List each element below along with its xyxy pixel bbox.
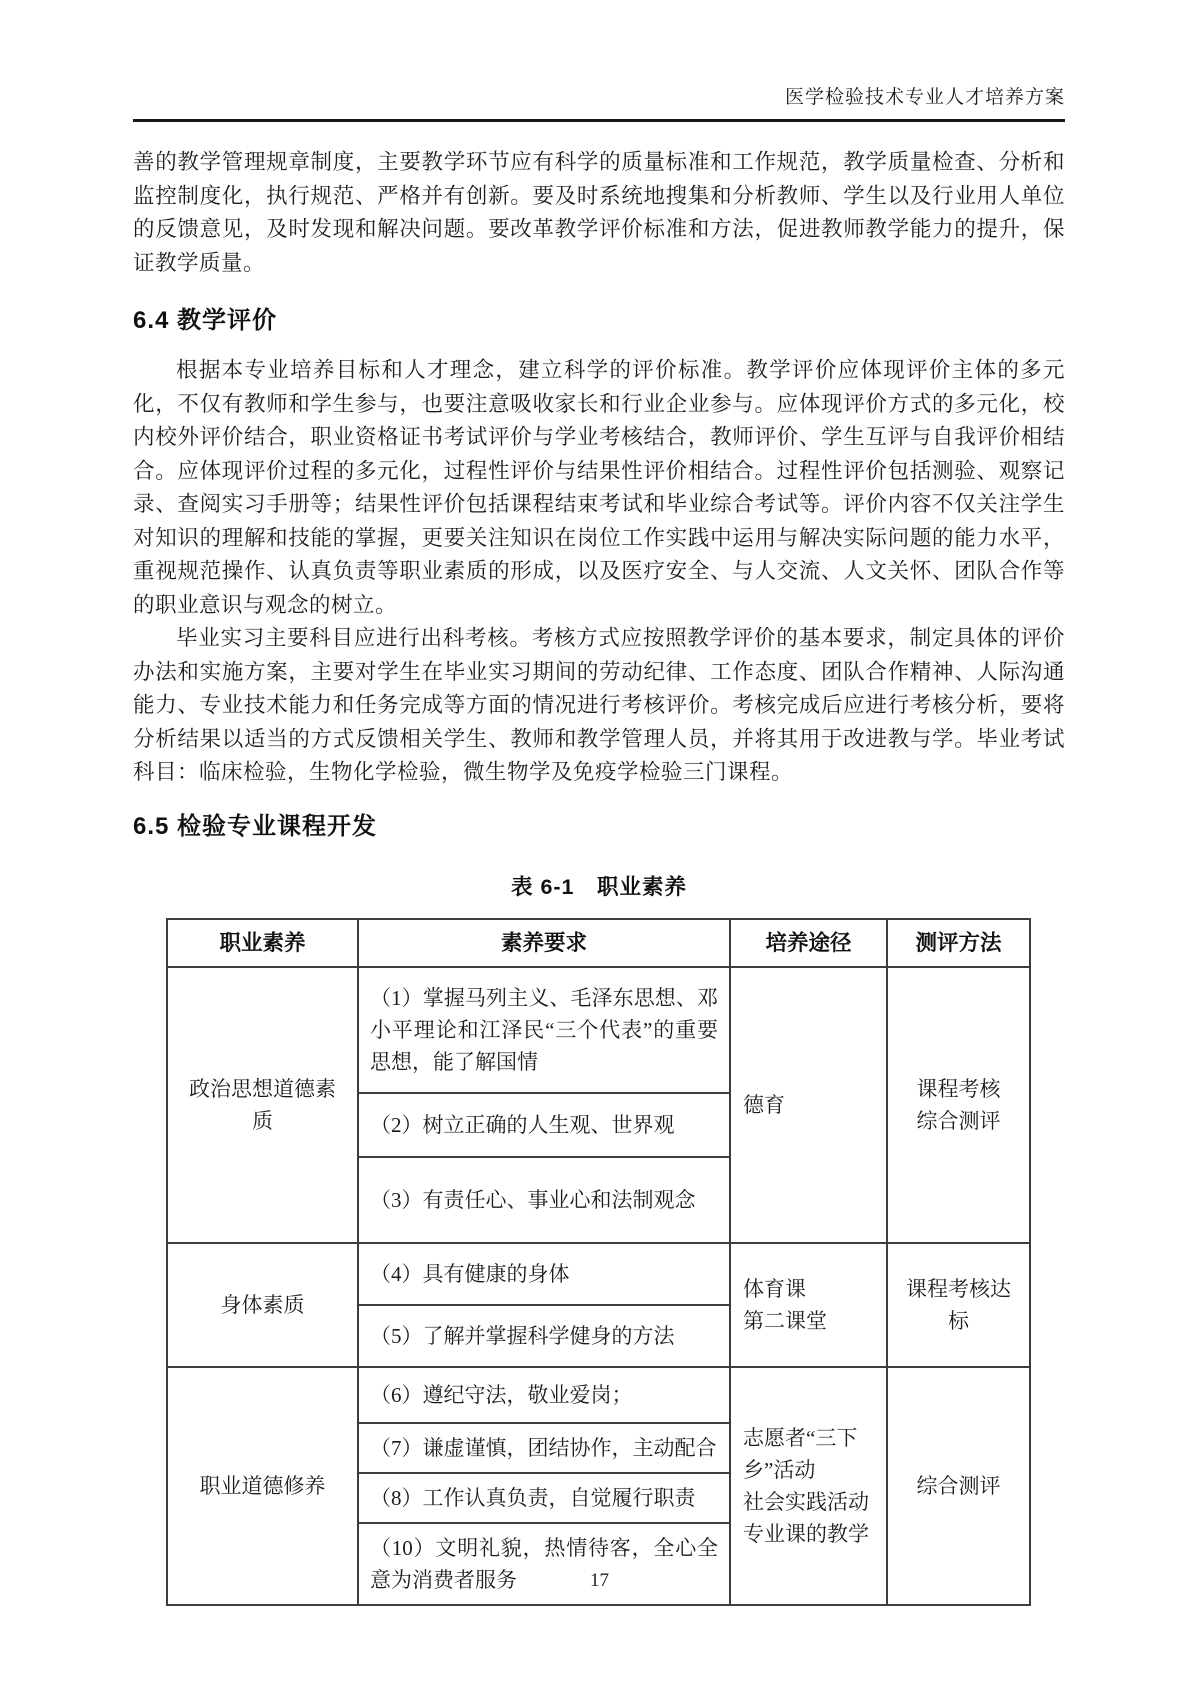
heading-6-5: 6.5 检验专业课程开发	[133, 811, 1065, 843]
cell-requirement-4: （4）具有健康的身体	[358, 1243, 730, 1305]
cell-requirement-3: （3）有责任心、事业心和法制观念	[358, 1157, 730, 1243]
paragraph-graduation-exam: 毕业实习主要科目应进行出科考核。考核方式应按照教学评价的基本要求，制定具体的评价…	[133, 622, 1065, 790]
col-header-quality: 职业素养	[167, 919, 358, 967]
cell-pathway-moral: 德育	[730, 967, 887, 1243]
table-caption: 表 6-1 职业素养	[133, 870, 1065, 901]
col-header-pathway: 培养途径	[730, 919, 887, 967]
document-page: 医学检验技术专业人才培养方案 善的教学管理规章制度，主要教学环节应有科学的质量标…	[0, 0, 1199, 1696]
cell-pathway-pe: 体育课 第二课堂	[730, 1243, 887, 1367]
cell-assessment-course: 课程考核 综合测评	[887, 967, 1030, 1243]
cell-quality-physical: 身体素质	[167, 1243, 358, 1367]
cell-assessment-comprehensive: 综合测评	[887, 1367, 1030, 1605]
col-header-requirement: 素养要求	[358, 919, 730, 967]
cell-quality-political: 政治思想道德素质	[167, 967, 358, 1243]
paragraph-continuation: 善的教学管理规章制度，主要教学环节应有科学的质量标准和工作规范，教学质量检查、分…	[133, 146, 1065, 280]
paragraph-evaluation: 根据本专业培养目标和人才理念，建立科学的评价标准。教学评价应体现评价主体的多元化…	[133, 354, 1065, 622]
page-number: 17	[0, 1570, 1199, 1592]
cell-requirement-6: （6）遵纪守法，敬业爱岗；	[358, 1367, 730, 1423]
cell-requirement-7: （7）谦虚谨慎，团结协作，主动配合	[358, 1423, 730, 1473]
table-row: 政治思想道德素质 （1）掌握马列主义、毛泽东思想、邓小平理论和江泽民“三个代表”…	[167, 967, 1030, 1093]
table-row: 职业道德修养 （6）遵纪守法，敬业爱岗； 志愿者“三下 乡”活动 社会实践活动 …	[167, 1367, 1030, 1423]
table-row: 身体素质 （4）具有健康的身体 体育课 第二课堂 课程考核达标	[167, 1243, 1030, 1305]
heading-6-4: 6.4 教学评价	[133, 305, 1065, 337]
cell-requirement-1: （1）掌握马列主义、毛泽东思想、邓小平理论和江泽民“三个代表”的重要思想，能了解…	[358, 967, 730, 1093]
section-6-4-body: 根据本专业培养目标和人才理念，建立科学的评价标准。教学评价应体现评价主体的多元化…	[133, 354, 1065, 790]
cell-requirement-10: （10）文明礼貌，热情待客，全心全意为消费者服务	[358, 1523, 730, 1605]
page-content: 医学检验技术专业人才培养方案 善的教学管理规章制度，主要教学环节应有科学的质量标…	[0, 0, 1199, 1606]
cell-requirement-2: （2）树立正确的人生观、世界观	[358, 1093, 730, 1157]
professional-quality-table: 职业素养 素养要求 培养途径 测评方法 政治思想道德素质 （1）掌握马列主义、毛…	[166, 918, 1031, 1606]
cell-quality-ethics: 职业道德修养	[167, 1367, 358, 1605]
header-rule	[133, 119, 1065, 122]
running-header-title: 医学检验技术专业人才培养方案	[133, 86, 1065, 110]
cell-pathway-volunteer: 志愿者“三下 乡”活动 社会实践活动 专业课的教学	[730, 1367, 887, 1605]
col-header-assessment: 测评方法	[887, 919, 1030, 967]
cell-assessment-pe: 课程考核达标	[887, 1243, 1030, 1367]
cell-requirement-8: （8）工作认真负责，自觉履行职责	[358, 1473, 730, 1523]
table-header-row: 职业素养 素养要求 培养途径 测评方法	[167, 919, 1030, 967]
cell-requirement-5: （5）了解并掌握科学健身的方法	[358, 1305, 730, 1367]
